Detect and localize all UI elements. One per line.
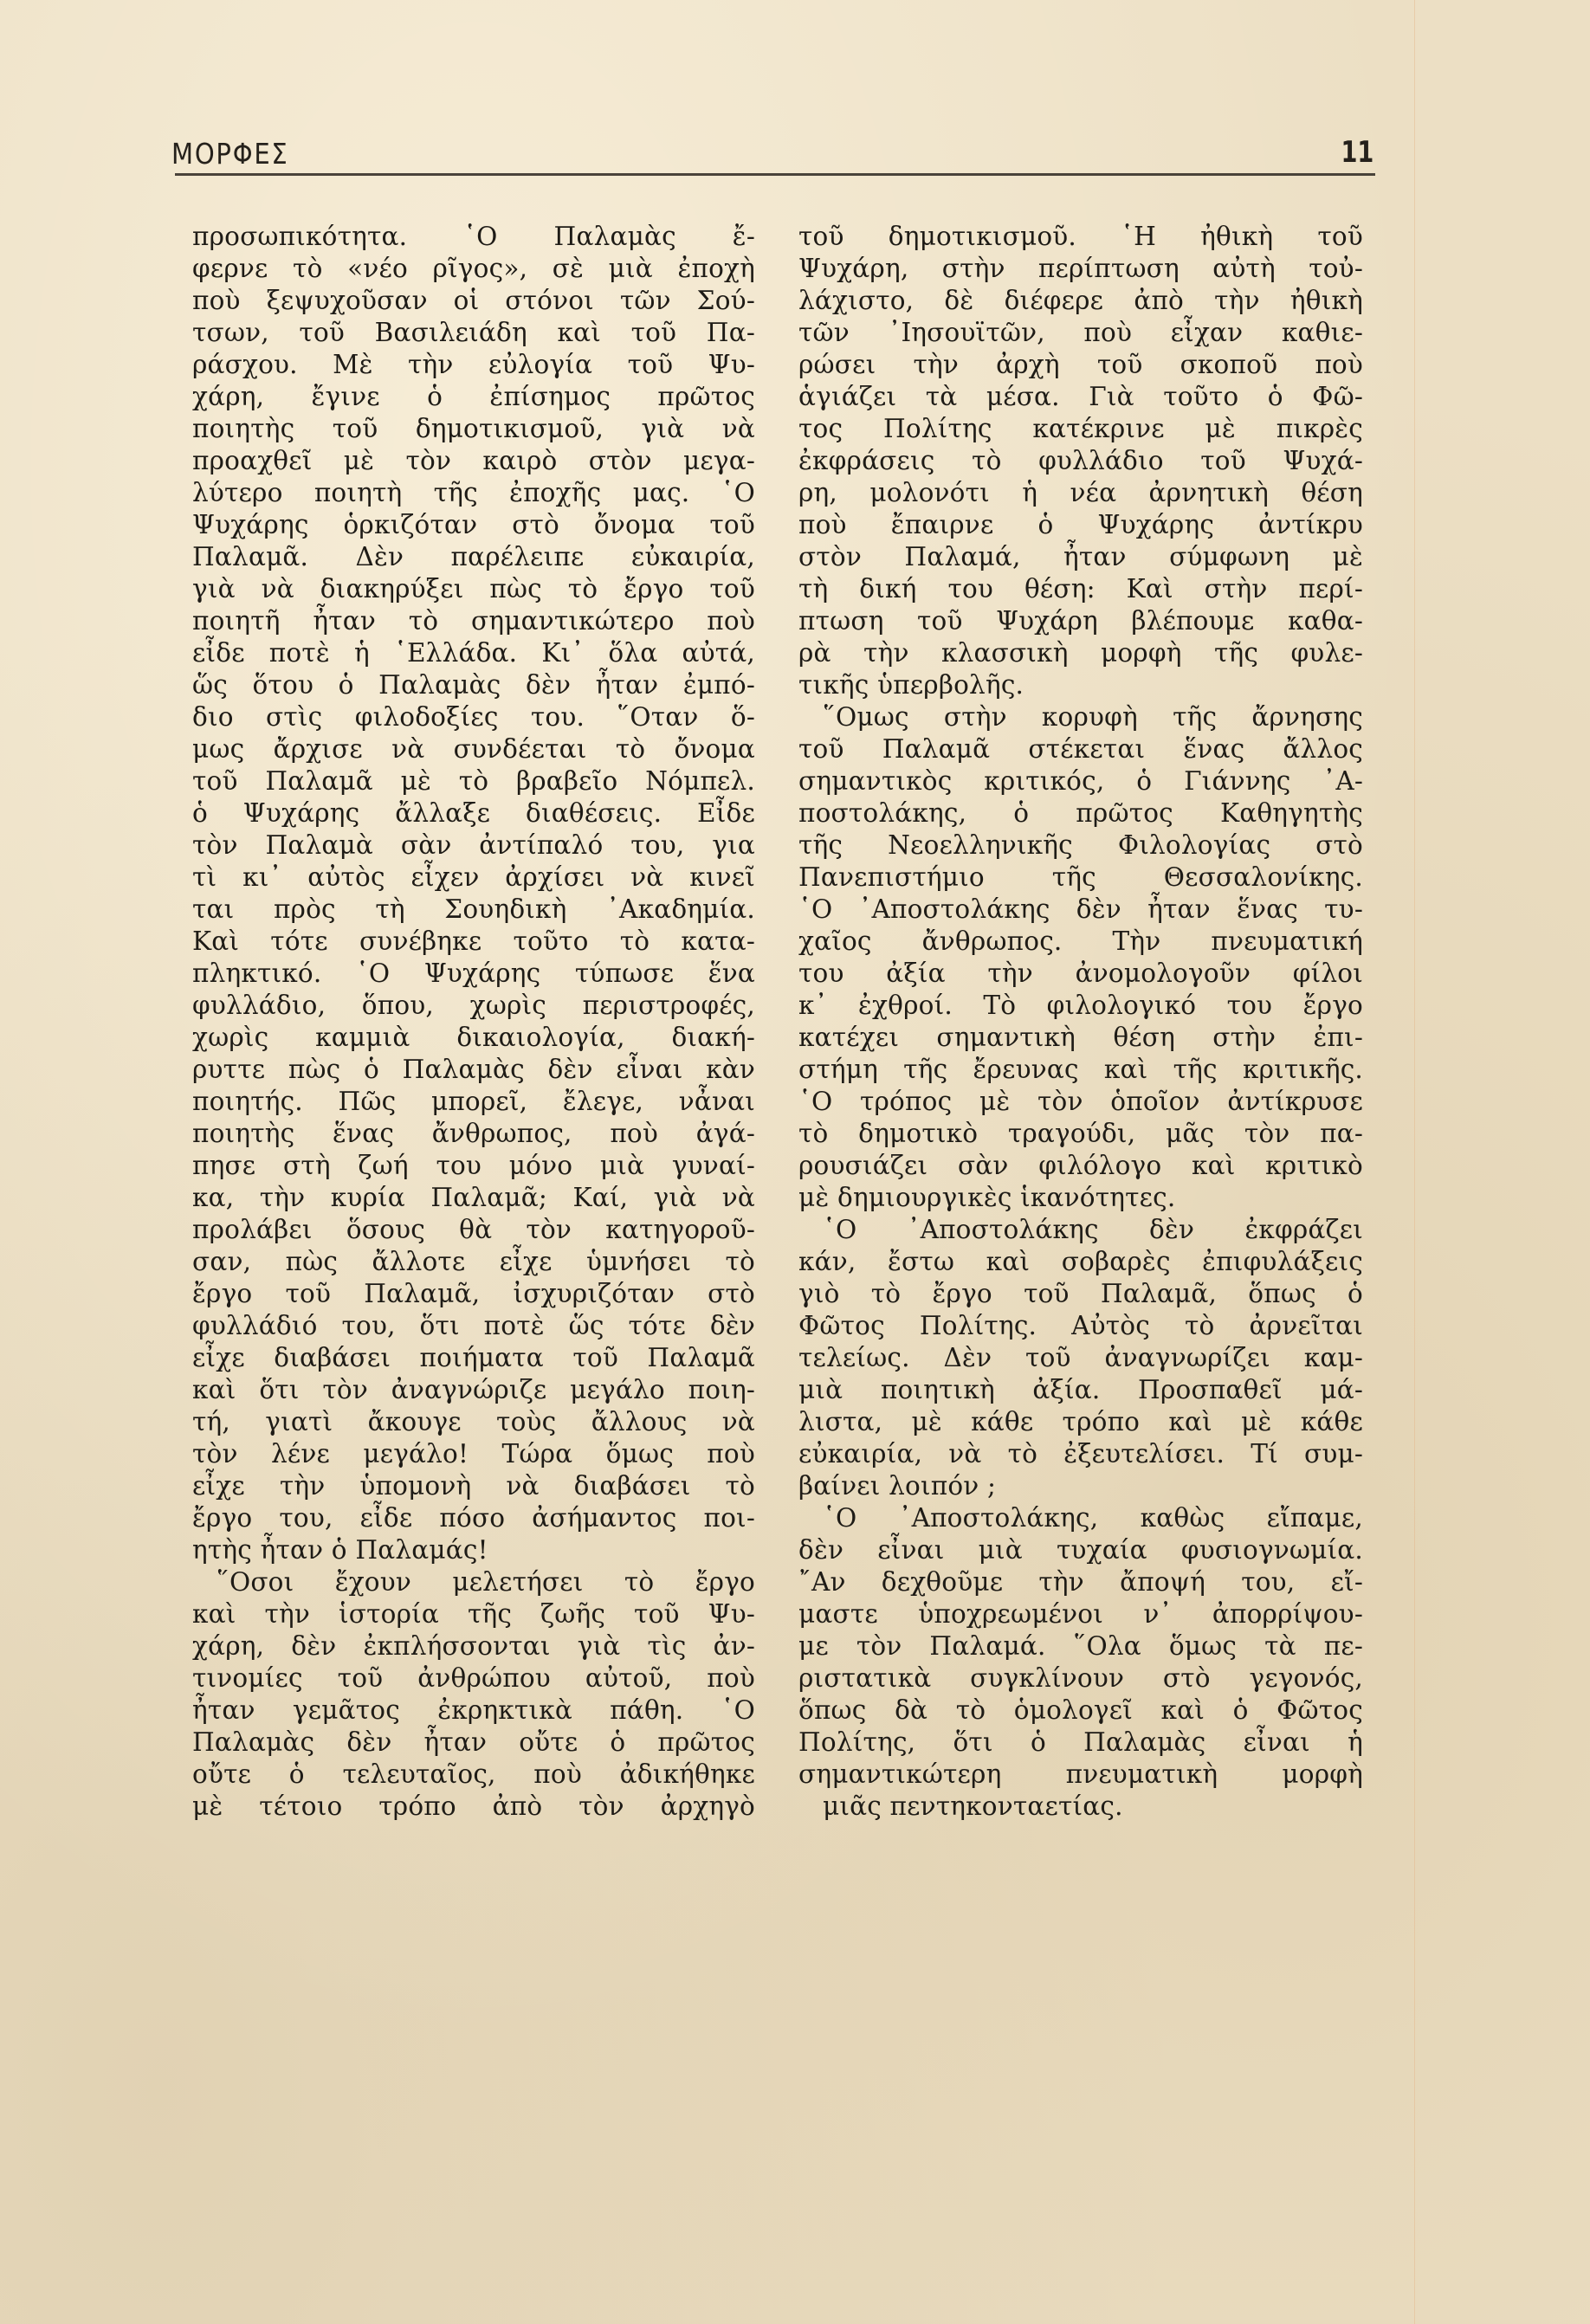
text-line: ἔργο τοῦ Παλαμᾶ, ἰσχυριζόταν στὸ [192, 1278, 755, 1310]
text-line: ῞Ομως στὴν κορυφὴ τῆς ἄρνησης [798, 701, 1363, 733]
text-line: χαῖος ἄνθρωπος. Τὴν πνευματική [798, 926, 1363, 958]
text-line: χάρη, δὲν ἐκπλήσσονται γιὰ τὶς ἀν- [192, 1630, 755, 1662]
text-line: Πανεπιστήμιο τῆς Θεσσαλονίκης. [798, 862, 1363, 894]
text-line: πησε στὴ ζωή του μόνο μιὰ γυναί- [192, 1150, 755, 1182]
text-line: τὸ δημοτικὸ τραγούδι, μᾶς τὸν πα- [798, 1118, 1363, 1150]
text-line: ποιητής. Πῶς μπορεῖ, ἔλεγε, νἆναι [192, 1086, 755, 1118]
text-line: τος Πολίτης κατέκρινε μὲ πικρὲς [798, 413, 1363, 445]
text-line: ὥς ὅτου ὁ Παλαμὰς δὲν ἦταν ἐμπό- [192, 669, 755, 701]
text-line: τῶν ᾽Ιησουϊτῶν, ποὺ εἶχαν καθιε- [798, 317, 1363, 349]
text-line: Ψυχάρη, στὴν περίπτωση αὐτὴ τοὐ- [798, 253, 1363, 285]
text-line: φυλλάδιό του, ὅτι ποτὲ ὥς τότε δὲν [192, 1310, 755, 1342]
text-line: ῾Ο ᾽Αποστολάκης δὲν ἐκφράζει [798, 1214, 1363, 1246]
text-line: χάρη, ἔγινε ὁ ἐπίσημος πρῶτος [192, 381, 755, 413]
text-line: Φῶτος Πολίτης. Αὐτὸς τὸ ἀρνεῖται [798, 1310, 1363, 1342]
text-line: ρὰ τὴν κλασσικὴ μορφὴ τῆς φυλε- [798, 637, 1363, 669]
text-line: τή, γιατὶ ἄκουγε τοὺς ἄλλους νὰ [192, 1406, 755, 1438]
text-line: πληκτικό. ῾Ο Ψυχάρης τύπωσε ἕνα [192, 958, 755, 990]
text-line: προσωπικότητα. ῾Ο Παλαμὰς ἔ- [192, 221, 755, 253]
text-line: οὔτε ὁ τελευταῖος, ποὺ ἀδικήθηκε [192, 1759, 755, 1791]
text-line: διο στὶς φιλοδοξίες του. ῞Οταν ὅ- [192, 701, 755, 733]
text-line: μὲ δημιουργικὲς ἱκανότητες. [798, 1182, 1363, 1214]
text-line: ριστατικὰ συγκλίνουν στὸ γεγονός, [798, 1662, 1363, 1695]
text-line: σημαντικώτερη πνευματικὴ μορφὴ [798, 1759, 1363, 1791]
text-line: φυλλάδιο, ὅπου, χωρὶς περιστροφές, [192, 990, 755, 1022]
text-line: τὸν λένε μεγάλο! Τώρα ὅμως ποὺ [192, 1438, 755, 1470]
text-line: ποιητῆ ἦταν τὸ σημαντικώτερο ποὺ [192, 605, 755, 637]
text-line: Πολίτης, ὅτι ὁ Παλαμὰς εἶναι ἡ [798, 1727, 1363, 1759]
text-line: ρουσιάζει σὰν φιλόλογο καὶ κριτικὸ [798, 1150, 1363, 1182]
text-line: τὴ δική του θέση: Καὶ στὴν περί- [798, 573, 1363, 605]
text-line: λύτερο ποιητὴ τῆς ἐποχῆς μας. ῾Ο [192, 477, 755, 509]
text-line: Καὶ τότε συνέβηκε τοῦτο τὸ κατα- [192, 926, 755, 958]
text-line: βαίνει λοιπόν ; [798, 1470, 1363, 1502]
text-line: μαστε ὑποχρεωμένοι ν᾽ ἀπορρίψου- [798, 1598, 1363, 1630]
text-line: ὅπως δὰ τὸ ὁμολογεῖ καὶ ὁ Φῶτος [798, 1695, 1363, 1727]
text-line: ῎Αν δεχθοῦμε τὴν ἄποψή του, εἴ- [798, 1566, 1363, 1598]
text-line: τὸν Παλαμὰ σὰν ἀντίπαλό του, για [192, 830, 755, 862]
text-line: ῾Ο ᾽Αποστολάκης, καθὼς εἴπαμε, [798, 1502, 1363, 1534]
text-column-right: τοῦ δημοτικισμοῦ. ῾Η ἠθικὴ τοῦΨυχάρη, στ… [798, 221, 1363, 1823]
text-line: Παλαμᾶ. Δὲν παρέλειπε εὐκαιρία, [192, 541, 755, 573]
text-line: δὲν εἶναι μιὰ τυχαία φυσιογνωμία. [798, 1534, 1363, 1566]
text-line: μως ἄρχισε νὰ συνδέεται τὸ ὄνομα [192, 733, 755, 765]
text-line: ἦταν γεμᾶτος ἐκρηκτικὰ πάθη. ῾Ο [192, 1695, 755, 1727]
text-line: καὶ τὴν ἱστορία τῆς ζωῆς τοῦ Ψυ- [192, 1598, 755, 1630]
text-line: ητὴς ἦταν ὁ Παλαμάς! [192, 1534, 755, 1566]
text-line: Ψυχάρης ὁρκιζόταν στὸ ὄνομα τοῦ [192, 509, 755, 541]
text-line: εἶχε τὴν ὑπομονὴ νὰ διαβάσει τὸ [192, 1470, 755, 1502]
magazine-page: ΜΟΡΦΕΣ 11 προσωπικότητα. ῾Ο Παλαμὰς ἔ-φε… [0, 0, 1590, 2324]
text-line: ποὺ ξεψυχοῦσαν οἱ στόνοι τῶν Σού- [192, 285, 755, 317]
text-line: ποστολάκης, ὁ πρῶτος Καθηγητὴς [798, 797, 1363, 830]
text-line: στὸν Παλαμά, ἦταν σύμφωνη μὲ [798, 541, 1363, 573]
text-line: χωρὶς καμμιὰ δικαιολογία, διακή- [192, 1022, 755, 1054]
text-line: μιᾶς πεντηκονταετίας. [798, 1791, 1363, 1823]
text-line: τελείως. Δὲν τοῦ ἀναγνωρίζει καμ- [798, 1342, 1363, 1374]
text-line: τὶ κι᾽ αὐτὸς εἶχεν ἀρχίσει νὰ κινεῖ [192, 862, 755, 894]
text-line: ράσχου. Μὲ τὴν εὐλογία τοῦ Ψυ- [192, 349, 755, 381]
text-column-left: προσωπικότητα. ῾Ο Παλαμὰς ἔ-φερνε τὸ «νέ… [192, 221, 755, 1823]
text-line: τῆς Νεοελληνικῆς Φιλολογίας στὸ [798, 830, 1363, 862]
text-line: ἔργο του, εἶδε πόσο ἀσήμαντος ποι- [192, 1502, 755, 1534]
text-line: ἐκφράσεις τὸ φυλλάδιο τοῦ Ψυχά- [798, 445, 1363, 477]
page-number: 11 [1341, 135, 1373, 170]
text-line: φερνε τὸ «νέο ρῖγος», σὲ μιὰ ἐποχὴ [192, 253, 755, 285]
text-line: τοῦ Παλαμᾶ μὲ τὸ βραβεῖο Νόμπελ. [192, 765, 755, 797]
text-line: σημαντικὸς κριτικός, ὁ Γιάννης ᾽Α- [798, 765, 1363, 797]
text-line: του ἀξία τὴν ἀνομολογοῦν φίλοι [798, 958, 1363, 990]
text-line: κατέχει σημαντικὴ θέση στὴν ἐπι- [798, 1022, 1363, 1054]
text-line: κα, τὴν κυρία Παλαμᾶ; Καί, γιὰ νὰ [192, 1182, 755, 1214]
text-line: ρώσει τὴν ἀρχὴ τοῦ σκοποῦ ποὺ [798, 349, 1363, 381]
header-rule [175, 173, 1375, 176]
text-line: ποὺ ἔπαιρνε ὁ Ψυχάρης ἀντίκρυ [798, 509, 1363, 541]
text-line: ἁγιάζει τὰ μέσα. Γιὰ τοῦτο ὁ Φῶ- [798, 381, 1363, 413]
text-line: εἶδε ποτὲ ἡ ῾Ελλάδα. Κι᾽ ὅλα αὐτά, [192, 637, 755, 669]
text-line: λάχιστο, δὲ διέφερε ἀπὸ τὴν ἠθικὴ [798, 285, 1363, 317]
text-line: τοῦ Παλαμᾶ στέκεται ἕνας ἄλλος [798, 733, 1363, 765]
magazine-title: ΜΟΡΦΕΣ [171, 137, 289, 171]
text-line: εὐκαιρία, νὰ τὸ ἐξευτελίσει. Τί συμ- [798, 1438, 1363, 1470]
text-line: τσων, τοῦ Βασιλειάδη καὶ τοῦ Πα- [192, 317, 755, 349]
text-line: εἶχε διαβάσει ποιήματα τοῦ Παλαμᾶ [192, 1342, 755, 1374]
text-line: στήμη τῆς ἔρευνας καὶ τῆς κριτικῆς. [798, 1054, 1363, 1086]
text-line: με τὸν Παλαμά. ῞Ολα ὅμως τὰ πε- [798, 1630, 1363, 1662]
text-line: καὶ ὅτι τὸν ἀναγνώριζε μεγάλο ποιη- [192, 1374, 755, 1406]
text-line: ρυττε πὼς ὁ Παλαμὰς δὲν εἶναι κὰν [192, 1054, 755, 1086]
text-line: ῾Ο τρόπος μὲ τὸν ὁποῖον ἀντίκρυσε [798, 1086, 1363, 1118]
text-line: κάν, ἔστω καὶ σοβαρὲς ἐπιφυλάξεις [798, 1246, 1363, 1278]
text-line: μὲ τέτοιο τρόπο ἀπὸ τὸν ἀρχηγὸ [192, 1791, 755, 1823]
text-line: ὁ Ψυχάρης ἄλλαξε διαθέσεις. Εἶδε [192, 797, 755, 830]
text-line: μιὰ ποιητικὴ ἀξία. Προσπαθεῖ μά- [798, 1374, 1363, 1406]
text-line: ποιητὴς τοῦ δημοτικισμοῦ, γιὰ νὰ [192, 413, 755, 445]
text-line: τοῦ δημοτικισμοῦ. ῾Η ἠθικὴ τοῦ [798, 221, 1363, 253]
text-line: γιὸ τὸ ἔργο τοῦ Παλαμᾶ, ὅπως ὁ [798, 1278, 1363, 1310]
text-line: τινομίες τοῦ ἀνθρώπου αὐτοῦ, ποὺ [192, 1662, 755, 1695]
text-line: Παλαμὰς δὲν ἦταν οὔτε ὁ πρῶτος [192, 1727, 755, 1759]
text-line: προλάβει ὅσους θὰ τὸν κατηγοροῦ- [192, 1214, 755, 1246]
text-line: ῾Ο ᾽Αποστολάκης δὲν ἦταν ἕνας τυ- [798, 894, 1363, 926]
text-line: ται πρὸς τὴ Σουηδικὴ ᾽Ακαδημία. [192, 894, 755, 926]
text-line: σαν, πὼς ἄλλοτε εἶχε ὑμνήσει τὸ [192, 1246, 755, 1278]
text-line: ποιητὴς ἕνας ἄνθρωπος, ποὺ ἀγά- [192, 1118, 755, 1150]
text-line: λιστα, μὲ κάθε τρόπο καὶ μὲ κάθε [798, 1406, 1363, 1438]
paper-fold-line [1414, 0, 1415, 2324]
text-line: πτωση τοῦ Ψυχάρη βλέπουμε καθα- [798, 605, 1363, 637]
text-line: γιὰ νὰ διακηρύξει πὼς τὸ ἔργο τοῦ [192, 573, 755, 605]
text-line: ρη, μολονότι ἡ νέα ἀρνητικὴ θέση [798, 477, 1363, 509]
text-line: ῞Οσοι ἔχουν μελετήσει τὸ ἔργο [192, 1566, 755, 1598]
text-line: προαχθεῖ μὲ τὸν καιρὸ στὸν μεγα- [192, 445, 755, 477]
text-line: κ᾽ ἐχθροί. Τὸ φιλολογικό του ἔργο [798, 990, 1363, 1022]
text-line: τικῆς ὑπερβολῆς. [798, 669, 1363, 701]
